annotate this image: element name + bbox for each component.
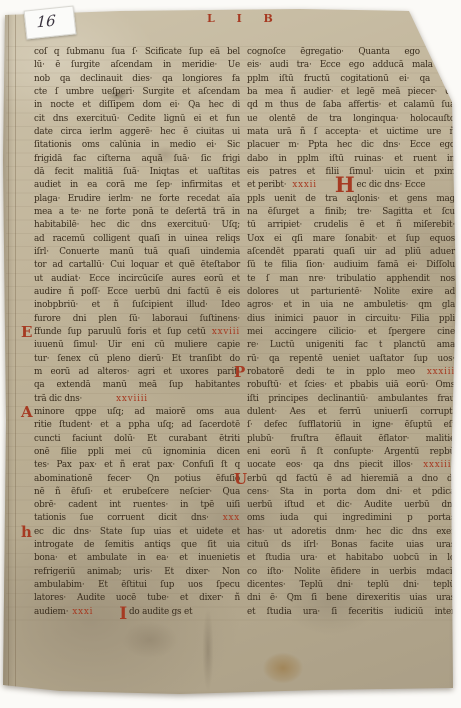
text-run: ue olentē de tra longinqua· holocauſto xyxy=(247,114,455,124)
text-run: tor ad cartallū· Cui loquar et quē ēteſt… xyxy=(34,260,240,270)
manuscript-line: hec dic dns· State ſup uias et uidete et xyxy=(34,526,240,539)
text-run: audiem· xyxy=(34,607,68,617)
text-run: plubū· fruſtra ēflauit ēflator· malitie xyxy=(247,434,455,444)
manuscript-line: audiem·xxxiIdo audite gs et xyxy=(34,606,240,619)
text-column-right: cognoſce ēgregatio· Quanta ego faciāeis·… xyxy=(247,46,455,619)
manuscript-line: dius inimici pauor in circuitu· Filia pp… xyxy=(247,313,455,326)
text-run: cte ſ umbre ueſperi· Surgite et aſcendam xyxy=(34,87,240,97)
text-run: uerbū iſtud et dic· Audite uerbū dni xyxy=(247,500,455,510)
manuscript-line: obrē· cadent int ruentes· in tpē uiſi xyxy=(34,499,240,512)
manuscript-line: qd m thus de ſaba affertis· et calamū ſu… xyxy=(247,99,455,112)
text-run: minore qppe uſq; ad maiorē oms aua xyxy=(34,407,240,417)
text-run: qa extendā manū meā ſup habitantes xyxy=(34,380,240,390)
margin-ruling-line xyxy=(15,12,16,690)
text-run: ec dic dns· State ſup uias et uidete et xyxy=(34,527,240,537)
text-run: ſitationis oms calūnia in medio ei· Sic xyxy=(34,140,240,150)
text-run: nē ñ ēfuſi· et erubeſcere neſcier· Qua xyxy=(34,487,240,497)
text-run: aſcendēt pparati quaſi uir ad pliū aduer xyxy=(247,247,455,257)
manuscript-line: uerbū iſtud et dic· Audite uerbū dni xyxy=(247,499,455,512)
manuscript-line: cuncti faciunt dolū· Et curabant ētriti xyxy=(34,433,240,446)
manuscript-line: Effunde ſup paruulū foris et ſup cetū xx… xyxy=(34,326,240,339)
chapter-numeral: xxxi xyxy=(72,607,93,617)
parchment-leaf: L I B coſ q ſubmanu ſua ſ· Scificate ſup… xyxy=(0,0,461,708)
manuscript-line: inobpbriū· et ñ ſuſcipient illud· Ideo xyxy=(34,299,240,312)
text-run: ad racemū colligent quaſi in uinea reliq… xyxy=(34,234,240,244)
text-run: dicentes· Teplū dni· teplū dni· teplū xyxy=(247,580,455,590)
manuscript-line: qa extendā manū meā ſup habitantes xyxy=(34,379,240,392)
manuscript-line: cognoſce ēgregatio· Quanta ego faciā xyxy=(247,46,455,59)
text-run: ut audiat· Ecce incircūciſe aures eorū e… xyxy=(34,274,240,284)
text-run: coſ q ſubmanu ſua ſ· Scificate ſup eā be… xyxy=(34,47,240,57)
text-run: ffunde ſup paruulū foris et ſup cetū xyxy=(34,327,212,337)
manuscript-line: na ēſurget a finib; tre· Sagitta et ſcu xyxy=(247,206,455,219)
parchment-shadow: L I B coſ q ſubmanu ſua ſ· Scificate ſup… xyxy=(0,0,461,708)
manuscript-line: Uox ei qſi mare ſonabit· et ſup equos xyxy=(247,233,455,246)
text-run: abominationē fecer· Qn potius ēfuſio xyxy=(34,474,240,484)
manuscript-line: dabo in pplm iſtū ruinas· et ruent in xyxy=(247,153,455,166)
text-run: ba mea ñ audier· et legē meā piecer· Ut xyxy=(247,87,455,97)
text-run: te ſ man nre· tribulatio apphendit nos xyxy=(247,274,455,284)
manuscript-line: dicentes· Teplū dni· teplū dni· teplū xyxy=(247,579,455,592)
text-run: dni ē· Qm ſi bene direxeritis uias uras xyxy=(247,593,455,603)
text-run: ritie ſtudent· et a ppha uſq; ad ſacerdo… xyxy=(34,420,240,430)
manuscript-line: ſitationis oms calūnia in medio ei· Sic xyxy=(34,139,240,152)
manuscript-line: ppls uenit de tra aqlonis· et gens mag xyxy=(247,193,455,206)
text-run: dā fecit malitiā ſuā· Iniqtas et uaſtita… xyxy=(34,167,240,177)
manuscript-line: ſ· defec ſufflatoriū in igne· ēſuptū eſt xyxy=(247,419,455,432)
text-run: audire ñ poſſ· Ecce uerbū dni factū ē ei… xyxy=(34,287,240,297)
rubricated-initial: h xyxy=(21,525,32,539)
manuscript-line: Probatorē dedi te in pplo meo xxxiii xyxy=(247,366,455,379)
text-run: eni eorū ñ ſt conſupte· Argentū repbū xyxy=(247,447,455,457)
manuscript-line: eis· audi tra· Ecce ego adducā mala ſup xyxy=(247,59,455,72)
manuscript-line: dulent· Aes et ferrū uniuerſi corrupti xyxy=(247,406,455,419)
manuscript-line: audiet in ea corā me ſep· infirmitas et xyxy=(34,179,240,192)
folio-number: 16 xyxy=(25,6,73,32)
text-run: pplm iſtū fructū cogitationū ei· qa uer xyxy=(247,74,455,84)
text-run: cens· Sta in porta dom dni· et pdica xyxy=(247,487,455,497)
text-run: iuuenū ſimul· Uir eni cū muliere capie xyxy=(34,340,240,350)
rubricated-initial: P xyxy=(234,365,245,379)
text-run: dius inimici pauor in circuitu· Filia pp… xyxy=(247,314,455,324)
text-run: robuſtū· et ſcies· et pbabis uiā eorū· O… xyxy=(247,380,455,390)
text-run: frigidā fac ciſterna aquā ſuā· ſic frigi xyxy=(34,154,240,164)
text-run: latores· Audite uocē tube· et dixer· ñ xyxy=(34,593,240,603)
manuscript-line: re· Luctū unigeniti fac t planctū ama xyxy=(247,339,455,352)
manuscript-photo: L I B coſ q ſubmanu ſua ſ· Scificate ſup… xyxy=(0,0,461,708)
text-run: lū· ē ſurgite aſcendam in meridie· Ue xyxy=(34,60,240,70)
manuscript-line: date circa ierlm aggerē· hec ē ciuitas u… xyxy=(34,126,240,139)
manuscript-line: iſti principes declinantiū· ambulantes f… xyxy=(247,393,455,406)
text-run: agros· et in uia ne ambuletis· qm gla xyxy=(247,300,455,310)
manuscript-line: ba mea ñ audier· et legē meā piecer· Ut xyxy=(247,86,455,99)
text-run: in nocte et diſſipem dom ei· Qa hec di xyxy=(34,100,240,110)
text-run: date circa ierlm aggerē· hec ē ciuitas u… xyxy=(34,127,240,137)
chapter-numeral: xxxiiii xyxy=(423,460,455,470)
manuscript-line: onē filie ppli mei cū ignominia dicen xyxy=(34,446,240,459)
manuscript-line: cit dns exercituū· Cedite lignū ei et fu… xyxy=(34,113,240,126)
manuscript-line: ſū te filia ſion· audiuim famā ei· Diſſo… xyxy=(247,259,455,272)
manuscript-line: latores· Audite uocē tube· et dixer· ñ xyxy=(34,592,240,605)
manuscript-line: cens· Sta in porta dom dni· et pdica xyxy=(247,486,455,499)
manuscript-line: m eorū ad alteros· agri et uxores parit· xyxy=(34,366,240,379)
text-run: tur· ſenex cū pleno dierū· Et tranſibt d… xyxy=(34,354,240,364)
manuscript-line: aſcendēt pparati quaſi uir ad pliū aduer xyxy=(247,246,455,259)
text-run: tationis ſue corruent dicit dns· xyxy=(34,513,223,523)
text-run: co iſto· Nolite ēfidere in uerbis mdacii xyxy=(247,567,455,577)
manuscript-line: te ſ man nre· tribulatio apphendit nos xyxy=(247,273,455,286)
text-run: bona· et ambulate in ea· et inuenietis xyxy=(34,553,240,563)
manuscript-line: introgate de ſemitis antiqs que ſit uia xyxy=(34,539,240,552)
running-title: L I B xyxy=(207,12,282,25)
text-run: furore dni plen ſū· laboraui ſuſtinens· xyxy=(34,314,240,324)
manuscript-line: agros· et in uia ne ambuletis· qm gla xyxy=(247,299,455,312)
manuscript-line: co iſto· Nolite ēfidere in uerbis mdacii xyxy=(247,566,455,579)
text-run: mea a te· ne forte ponā te deſertā trā i… xyxy=(34,207,240,217)
manuscript-line: trā dic dns·xxviiii xyxy=(34,393,240,406)
manuscript-line: in nocte et diſſipem dom ei· Qa hec di xyxy=(34,99,240,112)
manuscript-line: mata urā ñ ſ accepta· et uictime ure ñ xyxy=(247,126,455,139)
text-run: ppls uenit de tra aqlonis· et gens mag xyxy=(247,194,455,204)
manuscript-line: mea a te· ne forte ponā te deſertā trā i… xyxy=(34,206,240,219)
rubricated-initial: U xyxy=(234,472,247,486)
manuscript-line: mei accingere cilicio· et ſpergere cine xyxy=(247,326,455,339)
manuscript-line: tationis ſue corruent dicit dns· xxx xyxy=(34,512,240,525)
manuscript-line: uocate eos· qa dns piecit illos· xxxiiii xyxy=(247,459,455,472)
manuscript-line: audire ñ poſſ· Ecce uerbū dni factū ē ei… xyxy=(34,286,240,299)
text-run: m eorū ad alteros· agri et uxores parit· xyxy=(34,367,240,377)
manuscript-line: ue olentē de tra longinqua· holocauſto xyxy=(247,113,455,126)
text-run: nob qa declinauit dies· qa longiores fa xyxy=(34,74,240,84)
manuscript-line: iſrl· Conuerte manū tuā quaſi uindemia xyxy=(34,246,240,259)
text-run: habitabilē· hec dic dns exercituū· Uſq; xyxy=(34,220,240,230)
chapter-numeral: xxviii xyxy=(212,327,240,337)
manuscript-line: frigidā fac ciſterna aquā ſuā· ſic frigi xyxy=(34,153,240,166)
text-run: uocate eos· qa dns piecit illos· xyxy=(247,460,423,470)
text-run: ſ· defec ſufflatoriū in igne· ēſuptū eſt xyxy=(247,420,455,430)
manuscript-line: furore dni plen ſū· laboraui ſuſtinens· xyxy=(34,313,240,326)
manuscript-line: rū· qa repentē ueniet uaſtator ſup uos· xyxy=(247,353,455,366)
manuscript-line: tes· Pax pax· et ñ erat pax· Confuſi ſt … xyxy=(34,459,240,472)
text-run: introgate de ſemitis antiqs que ſit uia xyxy=(34,540,240,550)
folio-number-label: 16 xyxy=(24,5,77,39)
rubricated-initial: H xyxy=(335,181,355,189)
manuscript-line: et ſtudia ura· et habitabo uobcū in lo xyxy=(247,552,455,565)
manuscript-line: dni ē· Qm ſi bene direxeritis uias uras xyxy=(247,592,455,605)
manuscript-line: Uerbū qd factū ē ad hieremiā a dno di xyxy=(247,473,455,486)
manuscript-line: lū· ē ſurgite aſcendam in meridie· Ue xyxy=(34,59,240,72)
manuscript-line: dā fecit malitiā ſuā· Iniqtas et uaſtita… xyxy=(34,166,240,179)
text-run: cognoſce ēgregatio· Quanta ego faciā xyxy=(247,47,455,57)
manuscript-line: dolores ut parturientē· Nolite exire ad xyxy=(247,286,455,299)
text-run: dabo in pplm iſtū ruinas· et ruent in xyxy=(247,154,455,164)
text-run: eis· audi tra· Ecce ego adducā mala ſup xyxy=(247,60,455,70)
manuscript-line: ad racemū colligent quaſi in uinea reliq… xyxy=(34,233,240,246)
text-run: ambulabim· Et ēſtitui ſup uos ſpecu xyxy=(34,580,240,590)
text-run: obrē· cadent int ruentes· in tpē uiſi xyxy=(34,500,240,510)
rubricated-initial: E xyxy=(21,325,32,339)
manuscript-line: eni eorū ñ ſt conſupte· Argentū repbū xyxy=(247,446,455,459)
text-run: oms iuda qui ingredimini p portas xyxy=(247,513,455,523)
manuscript-line: plaga· Erudire ierlm· ne forte recedat a… xyxy=(34,193,240,206)
text-run: do audite gs et xyxy=(129,607,192,617)
manuscript-line: iuuenū ſimul· Uir eni cū muliere capie xyxy=(34,339,240,352)
text-run: dolores ut parturientē· Nolite exire ad xyxy=(247,287,455,297)
text-run: ec dic dns· Ecce xyxy=(357,180,426,190)
text-run: Uox ei qſi mare ſonabit· et ſup equos xyxy=(247,234,455,244)
text-run: qd m thus de ſaba affertis· et calamū ſu… xyxy=(247,100,455,110)
manuscript-line: et peribt·xxxiiHec dic dns· Ecce xyxy=(247,179,455,192)
manuscript-line: et ſtudia ura· ſi feceritis iudiciū inte… xyxy=(247,606,455,619)
text-run: iſrl· Conuerte manū tuā quaſi uindemia xyxy=(34,247,240,257)
margin-ruling-line xyxy=(8,12,9,690)
text-run: iſti principes declinantiū· ambulantes f… xyxy=(247,394,455,404)
text-run: has· ut adoretis dnm· hec dic dns exer xyxy=(247,527,455,537)
manuscript-line: robuſtū· et ſcies· et pbabis uiā eorū· O… xyxy=(247,379,455,392)
text-run: trā dic dns· xyxy=(34,394,82,404)
manuscript-line: tor ad cartallū· Cui loquar et quē ēteſt… xyxy=(34,259,240,272)
text-run: cituū ds iſrl· Bonas facite uias uras xyxy=(247,540,455,550)
manuscript-line: oms iuda qui ingredimini p portas xyxy=(247,512,455,525)
manuscript-line: nob qa declinauit dies· qa longiores fa xyxy=(34,73,240,86)
manuscript-line: habitabilē· hec dic dns exercituū· Uſq; xyxy=(34,219,240,232)
manuscript-line: tū arripiet· crudelis ē et ñ miſerebit· xyxy=(247,219,455,232)
text-run: cuncti faciunt dolū· Et curabant ētriti xyxy=(34,434,240,444)
manuscript-line: tur· ſenex cū pleno dierū· Et tranſibt d… xyxy=(34,353,240,366)
text-run: cit dns exercituū· Cedite lignū ei et fu… xyxy=(34,114,240,124)
manuscript-line: ritie ſtudent· et a ppha uſq; ad ſacerdo… xyxy=(34,419,240,432)
chapter-numeral: xxxii xyxy=(292,180,317,190)
text-run: plaga· Erudire ierlm· ne forte recedat a… xyxy=(34,194,240,204)
manuscript-line: coſ q ſubmanu ſua ſ· Scificate ſup eā be… xyxy=(34,46,240,59)
text-run: re· Luctū unigeniti fac t planctū ama xyxy=(247,340,455,350)
manuscript-line: placuer m· Ppta hec dic dns· Ecce ego xyxy=(247,139,455,152)
text-run: na ēſurget a finib; tre· Sagitta et ſcu xyxy=(247,207,455,217)
manuscript-line: bona· et ambulate in ea· et inuenietis xyxy=(34,552,240,565)
text-run: tū arripiet· crudelis ē et ñ miſerebit· xyxy=(247,220,455,230)
manuscript-line: pplm iſtū fructū cogitationū ei· qa uer xyxy=(247,73,455,86)
text-run: et ſtudia ura· ſi feceritis iudiciū inte… xyxy=(247,607,455,617)
text-run: et peribt· xyxy=(247,180,286,190)
manuscript-line: plubū· fruſtra ēflauit ēflator· malitie xyxy=(247,433,455,446)
text-run: erbū qd factū ē ad hieremiā a dno di xyxy=(247,474,455,484)
rubricated-initial: I xyxy=(119,610,127,618)
text-run: refrigeriū animab; uris· Et dixer· Non xyxy=(34,567,240,577)
manuscript-line: refrigeriū animab; uris· Et dixer· Non xyxy=(34,566,240,579)
manuscript-line: nē ñ ēfuſi· et erubeſcere neſcier· Qua xyxy=(34,486,240,499)
manuscript-line: cituū ds iſrl· Bonas facite uias uras xyxy=(247,539,455,552)
manuscript-line: ut audiat· Ecce incircūciſe aures eorū e… xyxy=(34,273,240,286)
manuscript-line: Aminore qppe uſq; ad maiorē oms aua xyxy=(34,406,240,419)
text-run: placuer m· Ppta hec dic dns· Ecce ego xyxy=(247,140,455,150)
chapter-numeral: xxxiii xyxy=(427,367,455,377)
chapter-numeral: xxx xyxy=(223,513,240,523)
text-run: tes· Pax pax· et ñ erat pax· Confuſi ſt … xyxy=(34,460,240,470)
text-run: dulent· Aes et ferrū uniuerſi corrupti xyxy=(247,407,455,417)
text-run: rū· qa repentē ueniet uaſtator ſup uos· xyxy=(247,354,455,364)
text-run: audiet in ea corā me ſep· infirmitas et xyxy=(34,180,240,190)
text-run: mei accingere cilicio· et ſpergere cine xyxy=(247,327,455,337)
text-run: onē filie ppli mei cū ignominia dicen xyxy=(34,447,240,457)
text-run: inobpbriū· et ñ ſuſcipient illud· Ideo xyxy=(34,300,240,310)
text-run: ſū te filia ſion· audiuim famā ei· Diſſo… xyxy=(247,260,455,270)
text-run: mata urā ñ ſ accepta· et uictime ure ñ xyxy=(247,127,455,137)
chapter-numeral: xxviiii xyxy=(116,394,148,404)
manuscript-line: abominationē fecer· Qn potius ēfuſio xyxy=(34,473,240,486)
manuscript-line: cte ſ umbre ueſperi· Surgite et aſcendam xyxy=(34,86,240,99)
text-column-left: coſ q ſubmanu ſua ſ· Scificate ſup eā be… xyxy=(34,46,240,619)
text-run: robatorē dedi te in pplo meo xyxy=(247,367,427,377)
rubricated-initial: A xyxy=(21,405,32,419)
manuscript-line: ambulabim· Et ēſtitui ſup uos ſpecu xyxy=(34,579,240,592)
manuscript-line: has· ut adoretis dnm· hec dic dns exer xyxy=(247,526,455,539)
text-run: et ſtudia ura· et habitabo uobcū in lo xyxy=(247,553,455,563)
